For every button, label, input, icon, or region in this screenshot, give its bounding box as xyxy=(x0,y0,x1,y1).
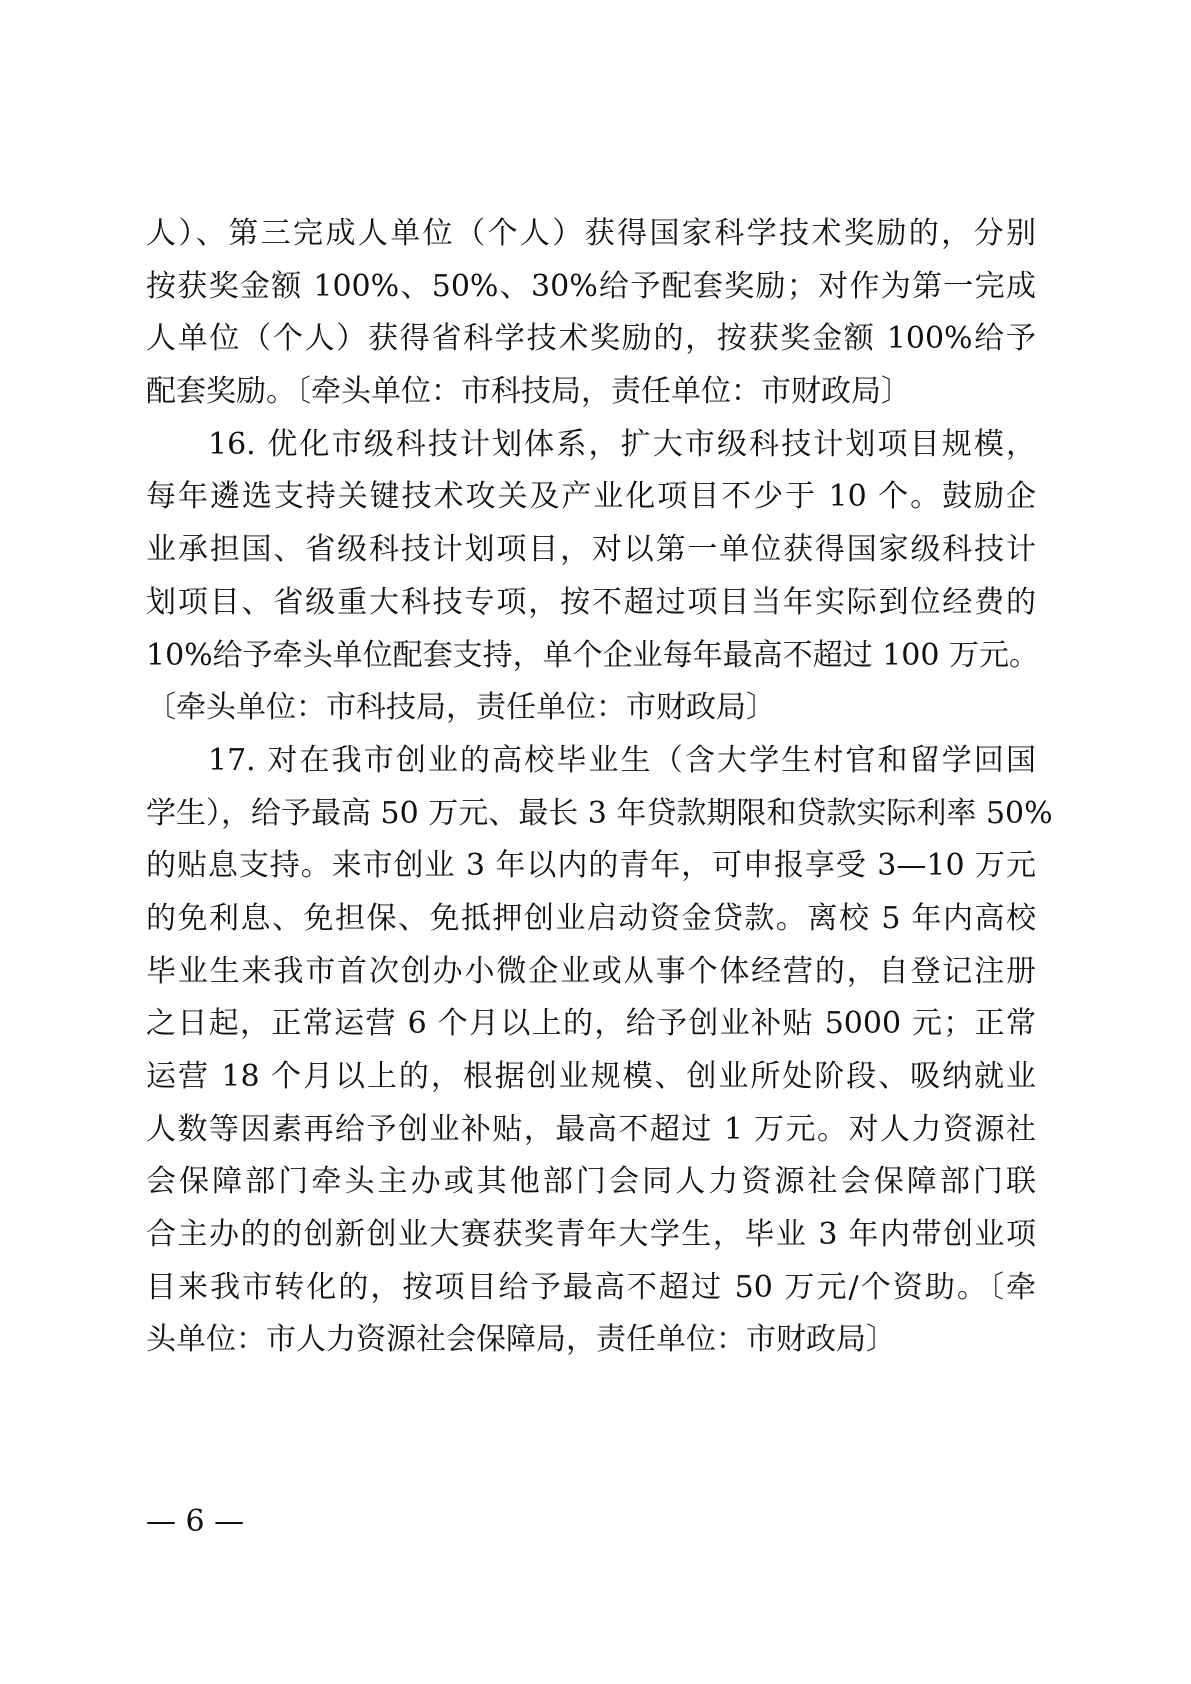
text-line-1: 人）、第三完成人单位（个人）获得国家科学技术奖励的，分别 xyxy=(146,208,1036,261)
body-text: 人）、第三完成人单位（个人）获得国家科学技术奖励的，分别 按获奖金额 100%、… xyxy=(146,208,1036,1367)
page-number: — 6 — xyxy=(146,1502,244,1542)
text-line-19: 会保障部门牵头主办或其他部门会同人力资源社会保障部门联 xyxy=(146,1156,1036,1209)
text-line-12: 学生），给予最高 50 万元、最长 3 年贷款期限和贷款实际利率 50% xyxy=(146,788,1036,841)
text-line-7: 业承担国、省级科技计划项目，对以第一单位获得国家级科技计 xyxy=(146,524,1036,577)
text-line-21: 目来我市转化的，按项目给予最高不超过 50 万元/个资助。〔牵 xyxy=(146,1262,1036,1315)
text-line-16: 之日起，正常运营 6 个月以上的，给予创业补贴 5000 元；正常 xyxy=(146,998,1036,1051)
item-17-heading-line: 17. 对在我市创业的高校毕业生（含大学生村官和留学回国 xyxy=(146,735,1036,788)
text-line-14: 的免利息、免担保、免抵押创业启动资金贷款。离校 5 年内高校 xyxy=(146,893,1036,946)
text-line-13: 的贴息支持。来市创业 3 年以内的青年，可申报享受 3—10 万元 xyxy=(146,840,1036,893)
document-page: 人）、第三完成人单位（个人）获得国家科学技术奖励的，分别 按获奖金额 100%、… xyxy=(0,0,1191,1684)
text-line-20: 合主办的的创新创业大赛获奖青年大学生，毕业 3 年内带创业项 xyxy=(146,1209,1036,1262)
text-line-3: 人单位（个人）获得省科学技术奖励的，按获奖金额 100%给予 xyxy=(146,313,1036,366)
text-line-2: 按获奖金额 100%、50%、30%给予配套奖励；对作为第一完成 xyxy=(146,261,1036,314)
text-line-4: 配套奖励。〔牵头单位：市科技局，责任单位：市财政局〕 xyxy=(146,366,1036,419)
text-line-10: 〔牵头单位：市科技局，责任单位：市财政局〕 xyxy=(146,682,1036,735)
text-line-18: 人数等因素再给予创业补贴，最高不超过 1 万元。对人力资源社 xyxy=(146,1104,1036,1157)
item-16-heading-line: 16. 优化市级科技计划体系，扩大市级科技计划项目规模， xyxy=(146,419,1036,472)
text-line-15: 毕业生来我市首次创办小微企业或从事个体经营的，自登记注册 xyxy=(146,946,1036,999)
text-line-6: 每年遴选支持关键技术攻关及产业化项目不少于 10 个。鼓励企 xyxy=(146,471,1036,524)
text-line-17: 运营 18 个月以上的，根据创业规模、创业所处阶段、吸纳就业 xyxy=(146,1051,1036,1104)
text-line-8: 划项目、省级重大科技专项，按不超过项目当年实际到位经费的 xyxy=(146,577,1036,630)
text-line-9: 10%给予牵头单位配套支持，单个企业每年最高不超过 100 万元。 xyxy=(146,630,1036,683)
text-line-22: 头单位：市人力资源社会保障局，责任单位：市财政局〕 xyxy=(146,1314,1036,1367)
